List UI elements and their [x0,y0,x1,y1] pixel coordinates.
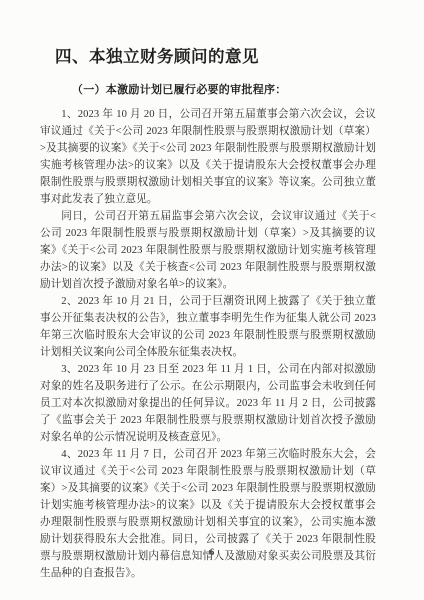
paragraph-5: 4、2023 年 11 月 7 日，公司召开 2023 年第三次临时股东大会，会… [40,446,376,582]
paragraph-1: 1、2023 年 10 月 20 日，公司召开第五届董事会第六次会议，会议审议通… [40,106,376,208]
paragraph-3: 2、2023 年 10 月 21 日，公司于巨潮资讯网上披露了《关于独立董事公开… [40,293,376,361]
page-number: 6 [210,547,215,557]
section-subheading: （一）本激励计划已履行必要的审批程序： [40,83,376,97]
document-content: 四、本独立财务顾问的意见 （一）本激励计划已履行必要的审批程序： 1、2023 … [40,46,376,582]
document-page: 四、本独立财务顾问的意见 （一）本激励计划已履行必要的审批程序： 1、2023 … [0,0,424,600]
paragraph-4: 3、2023 年 10 月 23 日至 2023 年 11 月 1 日，公司在内… [40,361,376,446]
paragraph-2: 同日，公司召开第五届监事会第六次会议，会议审议通过《关于<公司 2023 年限制… [40,208,376,293]
section-heading: 四、本独立财务顾问的意见 [55,46,376,68]
body-text-block: 1、2023 年 10 月 20 日，公司召开第五届董事会第六次会议，会议审议通… [40,106,376,582]
